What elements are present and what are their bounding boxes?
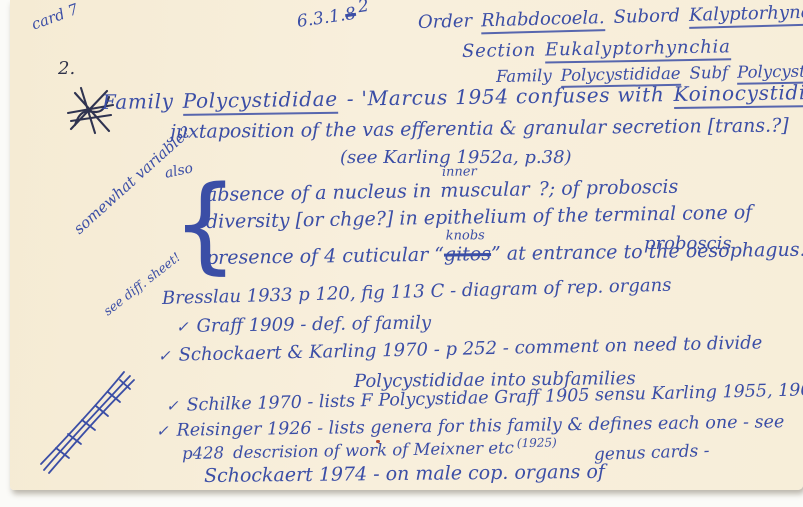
item1-post: ?; of proboscis — [538, 176, 678, 200]
suborder-label: Subord — [613, 5, 680, 28]
genus-cards-note: genus cards - — [594, 441, 710, 465]
item3-stack: knobsgitos — [444, 243, 491, 266]
corner-note: card 7 — [29, 0, 81, 33]
suborder-name: Kalyptorhynchia — [689, 1, 803, 29]
section-name: Eukalyptorhynchia — [545, 36, 731, 63]
item3-struck-word: gitos — [444, 243, 491, 266]
item3-inserted-word: knobs — [446, 228, 485, 244]
ref-schockaert-karling: ✓Schockaert & Karling 1970 - p 252 - com… — [158, 332, 763, 366]
index-card: card 7 6.3.1.82 OrderRhabdocoela.SubordK… — [10, 0, 803, 490]
ref-graff: ✓Graff 1909 - def. of family — [176, 312, 431, 337]
family-heading: FamilyPolycystididae- 'Marcus 1954 confu… — [102, 80, 803, 114]
ref-reisinger-continuation: p428descrision of work of Meixner etc(19… — [182, 437, 557, 463]
order-name: Rhabdocoela. — [481, 7, 605, 34]
heading-family-label: Family — [102, 89, 174, 114]
item1-inserted-word: inner — [442, 164, 477, 180]
item3-post: ” at entrance to the oesophagus. — [491, 239, 803, 265]
date-code-prefix: 6.3.1. — [296, 5, 347, 32]
date-code: 6.3.1.82 — [296, 2, 371, 32]
red-speck — [376, 440, 380, 443]
item1-stack: innermuscular — [440, 178, 530, 202]
item1-pre: absence of a nucleus in — [206, 180, 432, 206]
item1-word: muscular — [440, 178, 530, 202]
crossed-out-scribble-blue — [36, 358, 144, 476]
reisinger-year-superscript: (1925) — [517, 435, 557, 450]
juxtaposition-line: juxtaposition of the vas efferentia & gr… — [170, 115, 789, 143]
heading-family-name: Polycystididae — [183, 87, 339, 116]
scan-page: { "corner": { "note": "card 7" }, "code"… — [0, 0, 803, 507]
subfamily-label: Subf — [689, 63, 728, 83]
heading-after-family: - 'Marcus 1954 confuses with — [347, 82, 665, 110]
checkmark-icon: ✓ — [156, 422, 169, 440]
brace-item-absence: absence of a nucleus ininnermuscular?; o… — [206, 176, 679, 206]
ref-schockaert-1974: Schockaert 1974 - on male cop. organs of — [204, 461, 605, 487]
ref-reisinger: ✓Reisinger 1926 - lists genera for this … — [156, 412, 785, 441]
taxonomy-line-section: SectionEukalyptorhynchia — [462, 36, 731, 62]
section-label: Section — [462, 40, 536, 62]
order-label: Order — [418, 11, 473, 33]
brace-item-presence: presence of 4 cuticular “knobsgitos” at … — [206, 239, 803, 269]
checkmark-icon: ✓ — [158, 347, 171, 365]
checkmark-icon: ✓ — [166, 397, 179, 415]
date-code-suffix: 2 — [357, 0, 371, 17]
ref-schockaert-text: Schockaert & Karling 1970 - p 252 - comm… — [178, 332, 762, 365]
ref-bresslau: Bresslau 1933 p 120, fig 113 C - diagram… — [162, 275, 672, 309]
ref-graff-text: Graff 1909 - def. of family — [196, 312, 431, 336]
checkmark-icon: ✓ — [176, 318, 189, 336]
reisinger-cont-text: descrision of work of Meixner etc — [233, 438, 514, 462]
ref-reisinger-text: Reisinger 1926 - lists genera for this f… — [176, 412, 784, 440]
heading-confused-with: Koinocystididae — [673, 80, 803, 109]
page-number: 2. — [58, 58, 75, 79]
taxonomy-line-order: OrderRhabdocoela.SubordKalyptorhynchia — [418, 1, 803, 33]
date-code-struck-digit: 8 — [344, 4, 358, 25]
item3-pre: presence of 4 cuticular “ — [206, 244, 444, 269]
reisinger-page-ref: p428 — [182, 443, 224, 463]
